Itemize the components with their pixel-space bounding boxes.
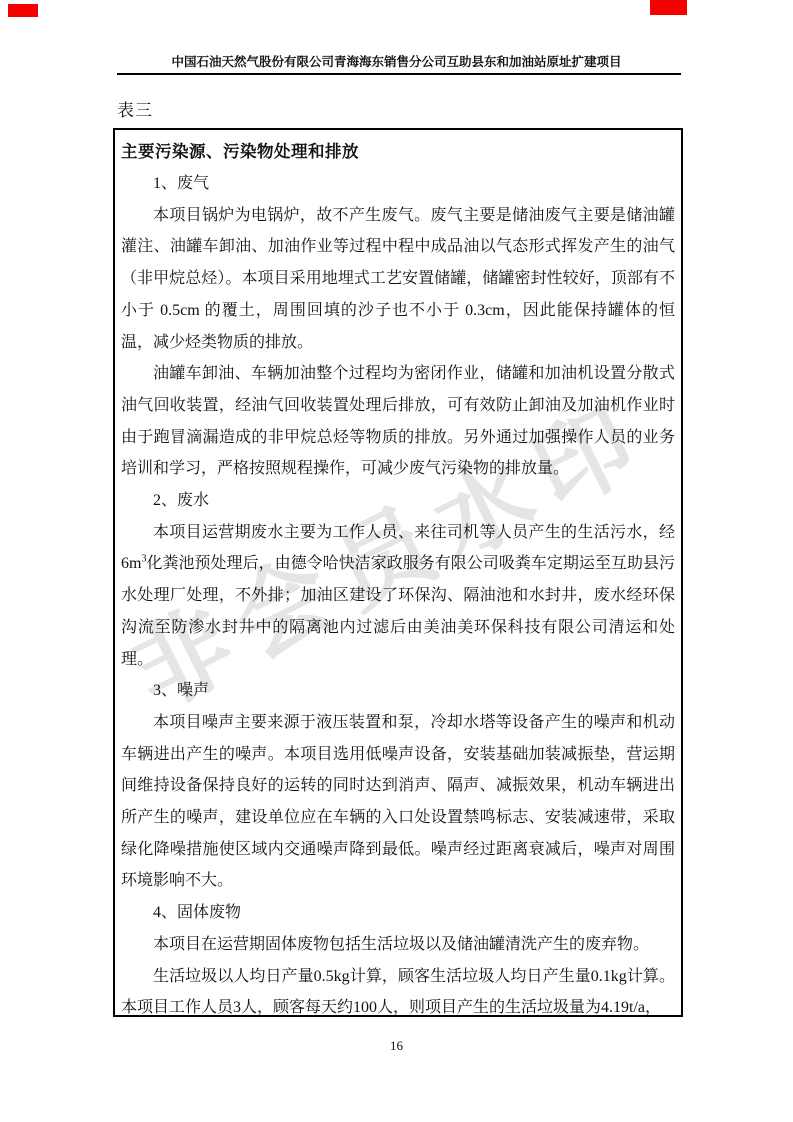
red-redaction-mark-top-left: [8, 4, 38, 17]
table-title: 主要污染源、污染物处理和排放: [121, 136, 675, 168]
waste-gas-paragraph-2: 油罐车卸油、车辆加油整个过程均为密闭作业，储罐和加油机设置分散式油气回收装置，经…: [121, 358, 675, 485]
waste-water-paragraph: 本项目运营期废水主要为工作人员、来往司机等人员产生的生活污水，经6m3化粪池预处…: [121, 517, 675, 676]
red-redaction-mark-top-right: [650, 0, 687, 15]
document-header-title: 中国石油天然气股份有限公司青海海东销售分公司互助县东和加油站原址扩建项目: [0, 52, 793, 70]
section-heading-noise: 3、噪声: [121, 675, 675, 707]
waste-gas-paragraph-1: 本项目锅炉为电锅炉，故不产生废气。废气主要是储油废气主要是储油罐灌注、油罐车卸油…: [121, 200, 675, 359]
table-label: 表三: [117, 96, 153, 121]
noise-paragraph: 本项目噪声主要来源于液压装置和泵，冷却水塔等设备产生的噪声和机动车辆进出产生的噪…: [121, 707, 675, 897]
section-heading-waste-gas: 1、废气: [121, 168, 675, 200]
pollution-sources-table: 主要污染源、污染物处理和排放 1、废气 本项目锅炉为电锅炉，故不产生废气。废气主…: [113, 128, 683, 1017]
header-underline: [117, 73, 681, 75]
solid-waste-paragraph-1: 本项目在运营期固体废物包括生活垃圾以及储油罐清洗产生的废弃物。: [121, 929, 675, 961]
solid-waste-paragraph-2: 生活垃圾以人均日产量0.5kg计算，顾客生活垃圾人均日产生量0.1kg计算。本项…: [121, 961, 675, 1024]
page-number: 16: [0, 1038, 793, 1054]
section-heading-solid-waste: 4、固体废物: [121, 897, 675, 929]
waste-water-text-after-superscript: 化粪池预处理后，由德令哈快洁家政服务有限公司吸粪车定期运至互助县污水处理厂处理，…: [121, 555, 675, 667]
section-heading-waste-water: 2、废水: [121, 485, 675, 517]
